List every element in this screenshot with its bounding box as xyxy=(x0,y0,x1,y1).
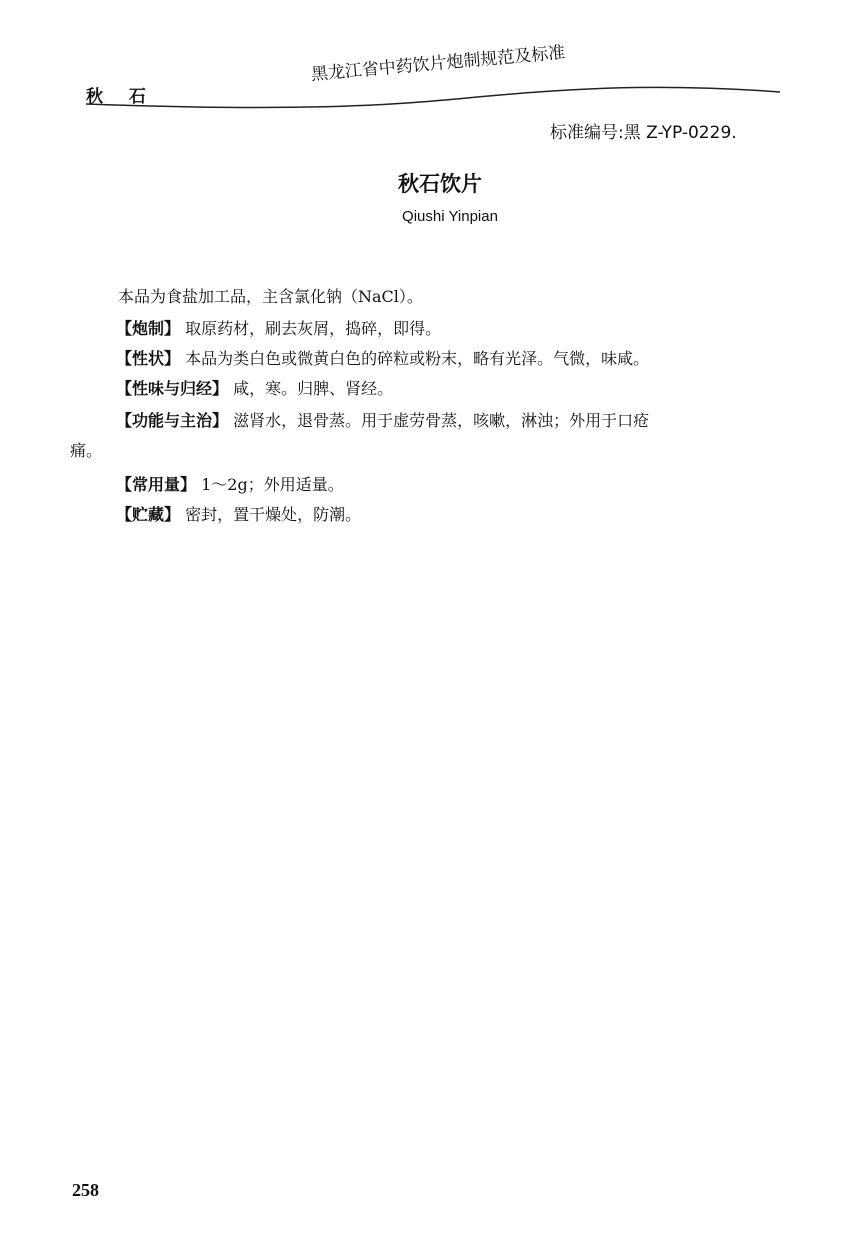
section-text: 滋肾水，退骨蒸。用于虚劳骨蒸，咳嗽，淋浊；外用于口疮 xyxy=(233,411,649,430)
page-number: 258 xyxy=(72,1180,99,1201)
section-text: 本品为类白色或微黄白色的碎粒或粉末，略有光泽。气微，味咸。 xyxy=(185,349,649,368)
intro-paragraph: 本品为食盐加工品，主含氯化钠（NaCl）。 xyxy=(118,286,423,308)
section-property-meridian: 【性味与归经】 咸，寒。归脾、肾经。 xyxy=(116,378,393,400)
section-label: 【功能与主治】 xyxy=(116,411,228,430)
section-label: 【炮制】 xyxy=(116,319,180,338)
monograph-title: 秋石饮片 xyxy=(0,168,850,198)
section-label: 【性味与归经】 xyxy=(116,379,228,398)
section-text: 咸，寒。归脾、肾经。 xyxy=(233,379,393,398)
section-storage: 【贮藏】 密封，置干燥处，防潮。 xyxy=(116,504,361,526)
section-text: 1～2g；外用适量。 xyxy=(201,475,344,494)
section-label: 【贮藏】 xyxy=(116,505,180,524)
section-processing: 【炮制】 取原药材，刷去灰屑，捣碎，即得。 xyxy=(116,318,441,340)
section-dosage: 【常用量】 1～2g；外用适量。 xyxy=(116,474,344,496)
section-description: 【性状】 本品为类白色或微黄白色的碎粒或粉末，略有光泽。气微，味咸。 xyxy=(116,348,649,370)
section-label: 【性状】 xyxy=(116,349,180,368)
section-label: 【常用量】 xyxy=(116,475,196,494)
section-text: 取原药材，刷去灰屑，捣碎，即得。 xyxy=(185,319,441,338)
section-functions-indications: 【功能与主治】 滋肾水，退骨蒸。用于虚劳骨蒸，咳嗽，淋浊；外用于口疮 xyxy=(116,410,649,432)
monograph-pinyin: Qiushi Yinpian xyxy=(0,208,850,225)
standard-number: 标准编号:黑 Z-YP-0229. xyxy=(550,118,737,143)
section-functions-continuation: 痛。 xyxy=(70,440,102,462)
section-text: 密封，置干燥处，防潮。 xyxy=(185,505,361,524)
header-rule xyxy=(0,0,850,130)
